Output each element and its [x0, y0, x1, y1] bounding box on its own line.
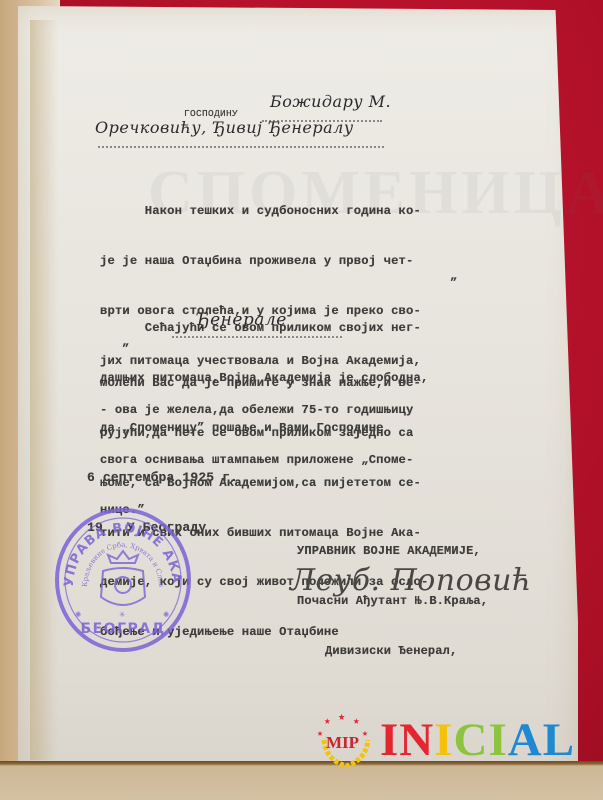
svg-text:★: ★ — [362, 728, 368, 739]
svg-text:Краљевине Срба, Хрвата и Слове: Краљевине Срба, Хрвата и Словенаца — [53, 505, 165, 587]
text-line: молећи Вас да је примите у знак пажње,и … — [100, 375, 428, 392]
signatory-title: УПРАВНИК ВОЈНЕ АКАДЕМИЈЕ, — [297, 543, 488, 560]
closing-quote-mark: „ — [450, 268, 457, 285]
svg-text:БЕОГРАД: БЕОГРАД — [80, 621, 165, 637]
handwritten-title: Ђенерале — [196, 310, 287, 330]
svg-text:✺: ✺ — [75, 609, 81, 620]
svg-text:★: ★ — [353, 714, 360, 727]
text-line: Након тешких и судбоносних година ко- — [100, 203, 421, 220]
svg-text:✳: ✳ — [119, 609, 125, 620]
logo-letter: I — [489, 714, 508, 766]
recipient-handwritten-rank: Оречковићу, Ђивиј Ђенералу — [95, 118, 354, 137]
mip-emblem-icon: ★ ★ ★ ★ ★ MIP — [316, 710, 376, 770]
logo-letter: L — [543, 714, 575, 766]
svg-text:MIP: MIP — [326, 733, 359, 752]
date-line: 6 септембра 1925 г. — [87, 470, 238, 487]
logo-letter: A — [508, 714, 543, 766]
signatory-rank: Дивизиски Ђенерал, — [297, 643, 488, 660]
logo-letter: I — [380, 714, 399, 766]
inicial-wordmark: INICIAL — [380, 713, 575, 767]
inicial-watermark-logo: ★ ★ ★ ★ ★ MIP INICIAL — [316, 710, 586, 770]
text-line: је је наша Отаџбина проживела у првој че… — [100, 253, 421, 270]
logo-letter: N — [399, 714, 434, 766]
title-dotted-line — [172, 336, 342, 338]
svg-text:★: ★ — [324, 714, 331, 727]
svg-text:★: ★ — [317, 728, 323, 739]
svg-text:★: ★ — [338, 710, 345, 723]
logo-letter: I — [434, 714, 453, 766]
signature: Леуб. Поповић — [290, 563, 532, 598]
official-stamp: УПРАВА ВОЈНЕ АКАДЕМИЈЕ Краљевине Срба, Х… — [53, 505, 193, 655]
logo-letter: C — [454, 714, 489, 766]
recipient-handwritten-name: Божидару М. — [270, 92, 391, 111]
svg-text:✺: ✺ — [163, 609, 169, 620]
recipient-dotted-line-2 — [98, 146, 384, 148]
